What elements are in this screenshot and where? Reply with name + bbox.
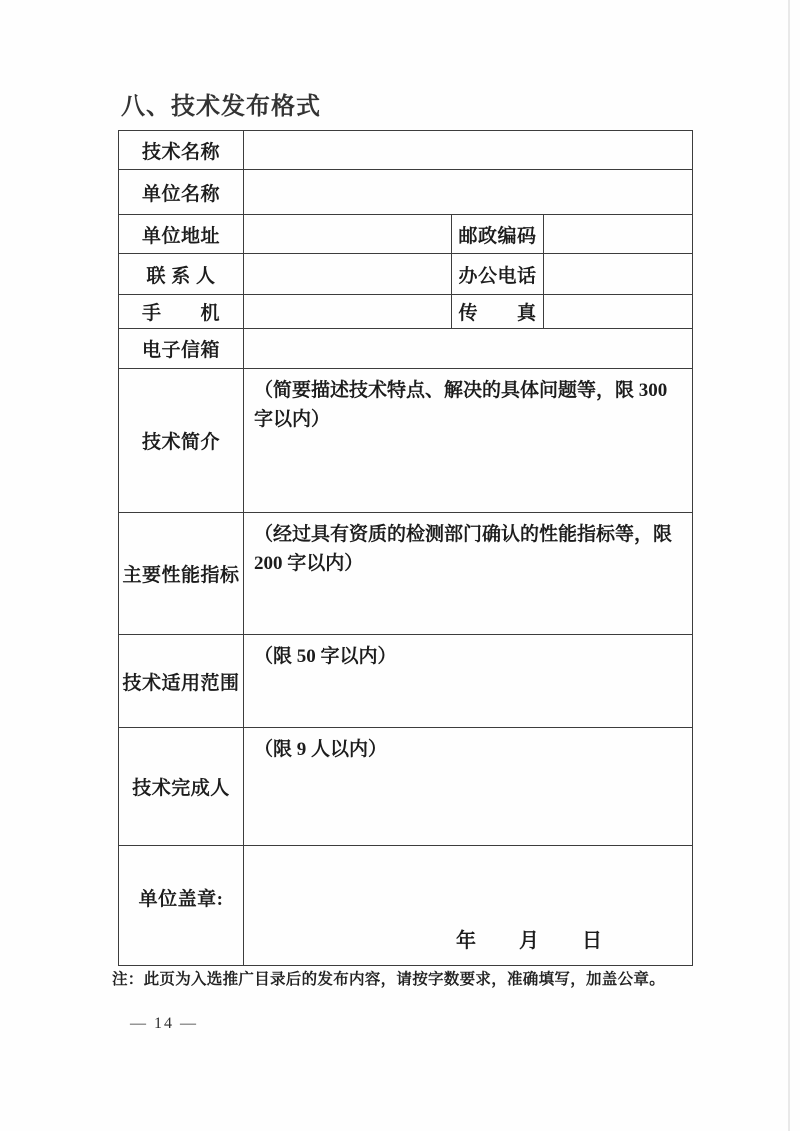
field-label-technology-completers: 技术完成人 xyxy=(119,728,244,846)
field-value-office-phone xyxy=(544,254,693,295)
field-label-main-performance-indicators: 主要性能指标 xyxy=(119,513,244,635)
footnote: 注：此页为入选推广目录后的发布内容，请按字数要求，准确填写，加盖公章。 xyxy=(112,967,672,989)
field-label-unit-name: 单位名称 xyxy=(119,170,244,215)
field-value-contact-person xyxy=(244,254,452,295)
field-hint-main-performance-indicators: （经过具有资质的检测部门确认的性能指标等，限 200 字以内） xyxy=(244,513,693,635)
field-label-applicable-scope: 技术适用范围 xyxy=(119,635,244,728)
row-unit-address: 单位地址 邮政编码 xyxy=(119,215,693,254)
row-mobile-phone: 手 机 传 真 xyxy=(119,295,693,329)
form-table: 技术名称 单位名称 单位地址 邮政编码 联 系 人 办公电话 手 机 xyxy=(118,130,693,966)
row-technology-summary: 技术简介 （简要描述技术特点、解决的具体问题等，限 300 字以内） xyxy=(119,369,693,513)
row-email: 电子信箱 xyxy=(119,329,693,369)
row-unit-name: 单位名称 xyxy=(119,170,693,215)
field-value-unit-name xyxy=(244,170,693,215)
field-hint-technology-completers: （限 9 人以内） xyxy=(244,728,693,846)
field-label-postal-code: 邮政编码 xyxy=(452,215,544,254)
field-label-unit-address: 单位地址 xyxy=(119,215,244,254)
page-number: — 14 — xyxy=(130,1015,198,1033)
field-label-mobile-phone: 手 机 xyxy=(119,295,244,329)
field-label-office-phone: 办公电话 xyxy=(452,254,544,295)
field-hint-technology-summary: （简要描述技术特点、解决的具体问题等，限 300 字以内） xyxy=(244,369,693,513)
row-technology-name: 技术名称 xyxy=(119,131,693,170)
section-title: 八、技术发布格式 xyxy=(121,86,321,121)
field-label-unit-seal: 单位盖章: xyxy=(119,846,244,966)
row-unit-seal: 单位盖章: 年 月 日 xyxy=(119,846,693,966)
row-main-performance-indicators: 主要性能指标 （经过具有资质的检测部门确认的性能指标等，限 200 字以内） xyxy=(119,513,693,635)
field-value-postal-code xyxy=(544,215,693,254)
row-technology-completers: 技术完成人 （限 9 人以内） xyxy=(119,728,693,846)
document-page: 八、技术发布格式 技术名称 单位名称 单位地址 邮政编码 xyxy=(0,0,800,1131)
field-value-unit-address xyxy=(244,215,452,254)
field-value-mobile-phone xyxy=(244,295,452,329)
field-label-technology-summary: 技术简介 xyxy=(119,369,244,513)
field-value-fax xyxy=(544,295,693,329)
field-value-email xyxy=(244,329,693,369)
field-label-technology-name: 技术名称 xyxy=(119,131,244,170)
row-contact-person: 联 系 人 办公电话 xyxy=(119,254,693,295)
row-applicable-scope: 技术适用范围 （限 50 字以内） xyxy=(119,635,693,728)
field-hint-applicable-scope: （限 50 字以内） xyxy=(244,635,693,728)
date-line-year-month-day: 年 月 日 xyxy=(456,924,603,953)
page-edge-shadow xyxy=(788,0,790,1131)
field-label-email: 电子信箱 xyxy=(119,329,244,369)
field-value-unit-seal: 年 月 日 xyxy=(244,846,693,966)
field-value-technology-name xyxy=(244,131,693,170)
field-label-fax: 传 真 xyxy=(452,295,544,329)
field-label-contact-person: 联 系 人 xyxy=(119,254,244,295)
